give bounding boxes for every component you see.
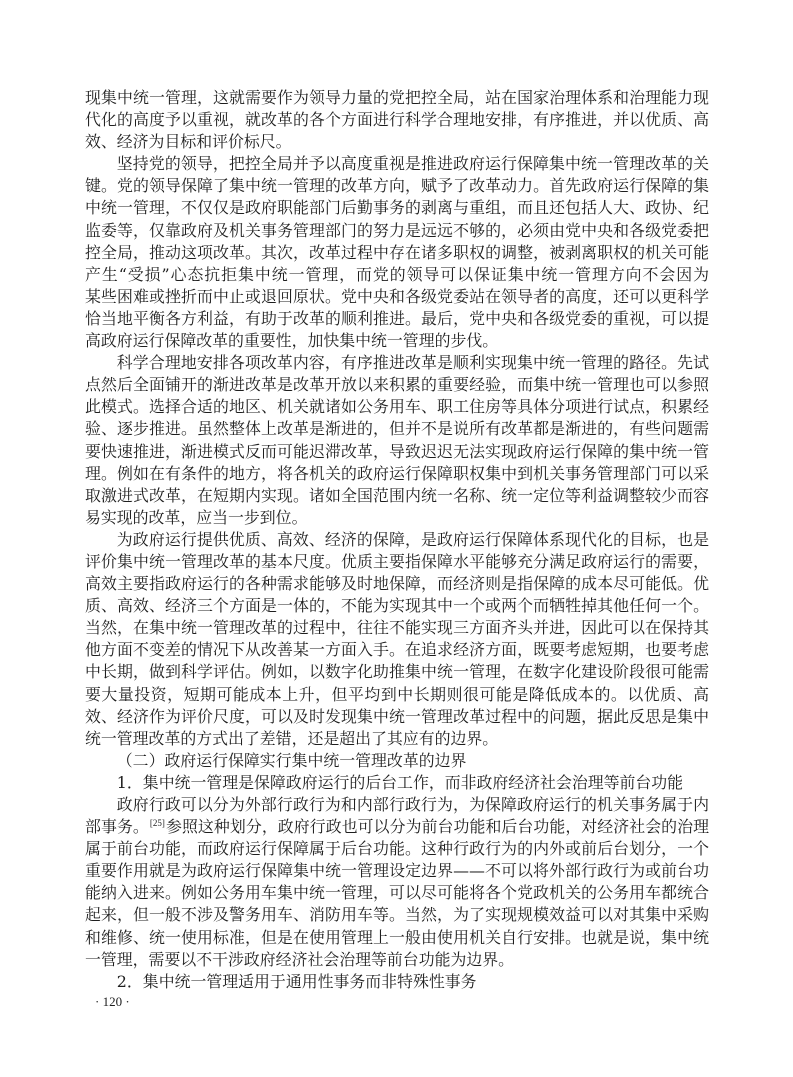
text-line: 代化的高度予以重视，就改革的各个方面进行科学合理地安排，有序推进，并以优质、高	[85, 109, 709, 131]
text-segment: 参照这种划分，政府行政也可以分为前台功能和后台功能，对经济社会的治理	[166, 817, 709, 836]
footnote-reference[interactable]: [25]	[150, 818, 165, 828]
text-line: 起来，但一般不涉及警务用车、消防用车等。当然，为了实现规模效益可以对其集中采购	[85, 904, 709, 926]
text-line: 评价集中统一管理改革的基本尺度。优质主要指保障水平能够充分满足政府运行的需要，	[85, 551, 709, 573]
text-line: 现集中统一管理，这就需要作为领导力量的党把控全局，站在国家治理体系和治理能力现	[85, 87, 709, 109]
subheading-2: 2．集中统一管理适用于通用性事务而非特殊性事务	[85, 971, 709, 993]
paragraph-first-line: 政府行政可以分为外部行政行为和内部行政行为，为保障政府运行的机关事务属于内	[85, 794, 709, 816]
text-line: 理。例如在有条件的地方，将各机关的政府运行保障职权集中到机关事务管理部门可以采	[85, 463, 709, 485]
text-line: 高效主要指政府运行的各种需求能够及时地保障，而经济则是指保障的成本尽可能低。优	[85, 573, 709, 595]
text-line: 中长期，做到科学评估。例如，以数字化助推集中统一管理，在数字化建设阶段很可能需	[85, 661, 709, 683]
text-line: 统一管理改革的方式出了差错，还是超出了其应有的边界。	[85, 728, 709, 750]
text-line: 一管理，需要以不干涉政府经济社会治理等前台功能为边界。	[85, 949, 709, 971]
text-line: 当然，在集中统一管理改革的过程中，往往不能实现三方面齐头并进，因此可以在保持其	[85, 617, 709, 639]
text-line: 恰当地平衡各方利益，有助于改革的顺利推进。最后，党中央和各级党委的重视，可以提	[85, 308, 709, 330]
document-page: 现集中统一管理，这就需要作为领导力量的党把控全局，站在国家治理体系和治理能力现 …	[0, 0, 793, 1077]
text-line: 易实现的改革，应当一步到位。	[85, 507, 709, 529]
text-line: 键。党的领导保障了集中统一管理的改革方向，赋予了改革动力。首先政府运行保障的集	[85, 175, 709, 197]
paragraph-first-line: 为政府运行提供优质、高效、经济的保障，是政府运行保障体系现代化的目标，也是	[85, 529, 709, 551]
text-line-with-footnote: 部事务。[25]参照这种划分，政府行政也可以分为前台功能和后台功能，对经济社会的…	[85, 816, 709, 838]
text-line: 属于前台功能，而政府运行保障属于后台功能。这种行政行为的内外或前后台划分，一个	[85, 838, 709, 860]
paragraph-first-line: 科学合理地安排各项改革内容，有序推进改革是顺利实现集中统一管理的路径。先试	[85, 352, 709, 374]
text-line: 产生“受损”心态抗拒集中统一管理，而党的领导可以保证集中统一管理方向不会因为	[85, 264, 709, 286]
text-line: 点然后全面铺开的渐进改革是改革开放以来积累的重要经验，而集中统一管理也可以参照	[85, 374, 709, 396]
text-line: 监委等，仅靠政府及机关事务管理部门的努力是远远不够的，必须由党中央和各级党委把	[85, 220, 709, 242]
text-line: 和维修、统一使用标准，但是在使用管理上一般由使用机关自行安排。也就是说，集中统	[85, 927, 709, 949]
subheading-1: 1．集中统一管理是保障政府运行的后台工作，而非政府经济社会治理等前台功能	[85, 772, 709, 794]
page-number: · 120 ·	[95, 993, 130, 1011]
text-line: 效、经济作为评价尺度，可以及时发现集中统一管理改革过程中的问题，据此反思是集中	[85, 706, 709, 728]
text-line: 质、高效、经济三个方面是一体的，不能为实现其中一个或两个而牺牲掉其他任何一个。	[85, 595, 709, 617]
text-line: 某些困难或挫折而中止或退回原状。党中央和各级党委站在领导者的高度，还可以更科学	[85, 286, 709, 308]
text-line: 效、经济为目标和评价标尺。	[85, 131, 709, 153]
paragraph-first-line: 坚持党的领导，把控全局并予以高度重视是推进政府运行保障集中统一管理改革的关	[85, 153, 709, 175]
section-heading: （二）政府运行保障实行集中统一管理改革的边界	[85, 750, 709, 772]
text-line: 中统一管理，不仅仅是政府职能部门后勤事务的剥离与重组，而且还包括人大、政协、纪	[85, 197, 709, 219]
text-segment: 部事务。	[85, 817, 149, 836]
body-text: 现集中统一管理，这就需要作为领导力量的党把控全局，站在国家治理体系和治理能力现 …	[85, 87, 709, 993]
text-line: 能纳入进来。例如公务用车集中统一管理，可以尽可能将各个党政机关的公务用车都统合	[85, 882, 709, 904]
text-line: 他方面不变差的情况下从改善某一方面入手。在追求经济方面，既要考虑短期，也要考虑	[85, 639, 709, 661]
text-line: 此模式。选择合适的地区、机关就诸如公务用车、职工住房等具体分项进行试点，积累经	[85, 396, 709, 418]
text-line: 重要作用就是为政府运行保障集中统一管理设定边界——不可以将外部行政行为或前台功	[85, 860, 709, 882]
text-line: 取激进式改革，在短期内实现。诸如全国范围内统一名称、统一定位等利益调整较少而容	[85, 485, 709, 507]
text-line: 高政府运行保障改革的重要性，加快集中统一管理的步伐。	[85, 330, 709, 352]
text-line: 要大量投资，短期可能成本上升，但平均到中长期则很可能是降低成本的。以优质、高	[85, 684, 709, 706]
text-line: 验、逐步推进。虽然整体上改革是渐进的，但并不是说所有改革都是渐进的，有些问题需	[85, 418, 709, 440]
text-line: 控全局，推动这项改革。其次，改革过程中存在诸多职权的调整，被剥离职权的机关可能	[85, 242, 709, 264]
text-line: 要快速推进，渐进模式反而可能迟滞改革，导致迟迟无法实现政府运行保障的集中统一管	[85, 441, 709, 463]
